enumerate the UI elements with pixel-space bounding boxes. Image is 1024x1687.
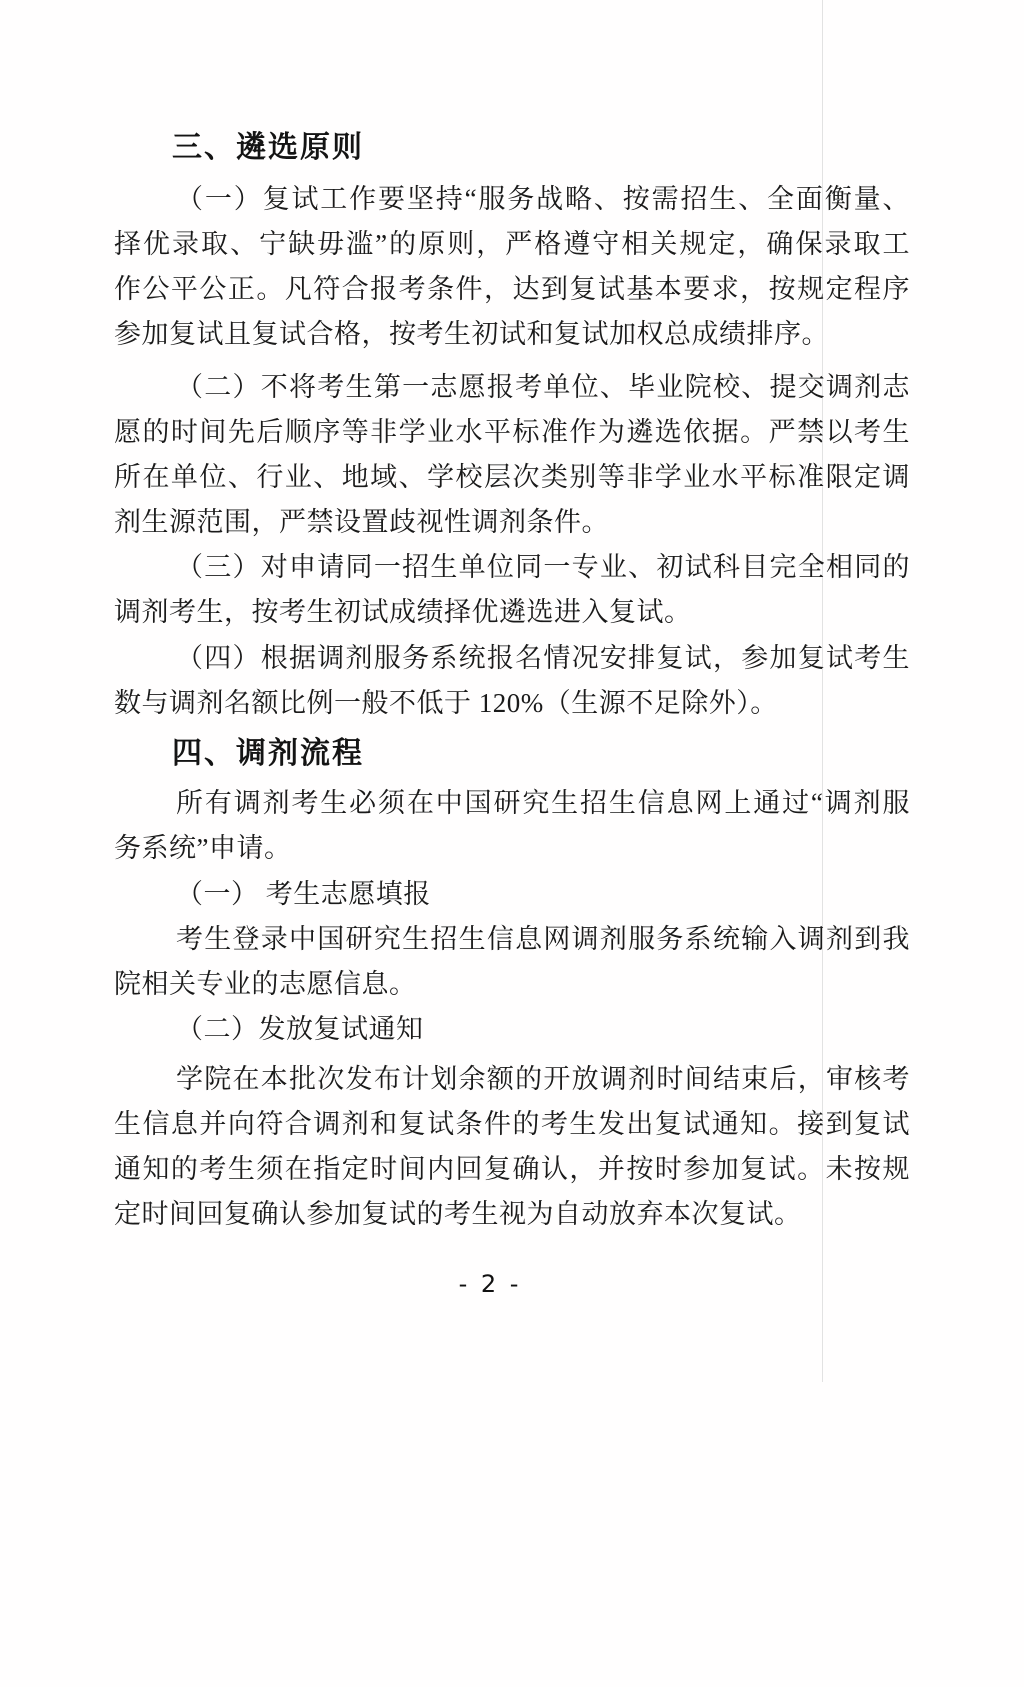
paragraph-process-intro: 所有调剂考生必须在中国研究生招生信息网上通过“调剂服 务系统”申请。	[114, 781, 910, 871]
subheading-retest-notice: （二）发放复试通知	[114, 1007, 910, 1052]
text-line: （四）根据调剂服务系统报名情况安排复试，参加复试考生	[114, 636, 910, 681]
paragraph-selection-3: （三）对申请同一招生单位同一专业、初试科目完全相同的 调剂考生，按考生初试成绩择…	[114, 545, 910, 635]
text-line: 所有调剂考生必须在中国研究生招生信息网上通过“调剂服	[114, 781, 910, 826]
text-line: 剂生源范围，严禁设置歧视性调剂条件。	[114, 500, 910, 545]
text-line: 数与调剂名额比例一般不低于 120%（生源不足除外）。	[114, 681, 910, 726]
document-page: 三、遴选原则 （一）复试工作要坚持“服务战略、按需招生、全面衡量、 择优录取、宁…	[0, 0, 1024, 1687]
text-line: 务系统”申请。	[114, 826, 910, 871]
paragraph-volunteer-filing: 考生登录中国研究生招生信息网调剂服务系统输入调剂到我 院相关专业的志愿信息。	[114, 917, 910, 1007]
text-line: （二）不将考生第一志愿报考单位、毕业院校、提交调剂志	[114, 365, 910, 410]
text-line: 生信息并向符合调剂和复试条件的考生发出复试通知。接到复试	[114, 1102, 910, 1147]
text-line: 作公平公正。凡符合报考条件，达到复试基本要求，按规定程序	[114, 267, 910, 312]
text-line: （三）对申请同一招生单位同一专业、初试科目完全相同的	[114, 545, 910, 590]
section-heading-selection-principles: 三、遴选原则	[114, 125, 910, 170]
subheading-volunteer-filing: （一） 考生志愿填报	[114, 872, 910, 917]
text-line: 调剂考生，按考生初试成绩择优遴选进入复试。	[114, 590, 910, 635]
text-line: 所在单位、行业、地域、学校层次类别等非学业水平标准限定调	[114, 455, 910, 500]
text-line: 院相关专业的志愿信息。	[114, 962, 910, 1007]
text-line: 愿的时间先后顺序等非学业水平标准作为遴选依据。严禁以考生	[114, 410, 910, 455]
text-line: 择优录取、宁缺毋滥”的原则，严格遵守相关规定，确保录取工	[114, 222, 910, 267]
paragraph-selection-1: （一）复试工作要坚持“服务战略、按需招生、全面衡量、 择优录取、宁缺毋滥”的原则…	[114, 177, 910, 357]
text-line: 考生登录中国研究生招生信息网调剂服务系统输入调剂到我	[114, 917, 910, 962]
paragraph-selection-2: （二）不将考生第一志愿报考单位、毕业院校、提交调剂志 愿的时间先后顺序等非学业水…	[114, 365, 910, 545]
paragraph-selection-4: （四）根据调剂服务系统报名情况安排复试，参加复试考生 数与调剂名额比例一般不低于…	[114, 636, 910, 726]
document-body: 三、遴选原则 （一）复试工作要坚持“服务战略、按需招生、全面衡量、 择优录取、宁…	[114, 125, 910, 1237]
text-line: （一） 考生志愿填报	[114, 872, 910, 917]
section-heading-transfer-process: 四、调剂流程	[114, 731, 910, 776]
text-line: 通知的考生须在指定时间内回复确认，并按时参加复试。未按规	[114, 1147, 910, 1192]
page-number: - 2 -	[0, 1270, 980, 1298]
text-line: 学院在本批次发布计划余额的开放调剂时间结束后，审核考	[114, 1057, 910, 1102]
text-line: 定时间回复确认参加复试的考生视为自动放弃本次复试。	[114, 1192, 910, 1237]
text-line: （二）发放复试通知	[114, 1007, 910, 1052]
text-line: （一）复试工作要坚持“服务战略、按需招生、全面衡量、	[114, 177, 910, 222]
paragraph-retest-notice: 学院在本批次发布计划余额的开放调剂时间结束后，审核考 生信息并向符合调剂和复试条…	[114, 1057, 910, 1237]
text-line: 参加复试且复试合格，按考生初试和复试加权总成绩排序。	[114, 312, 910, 357]
